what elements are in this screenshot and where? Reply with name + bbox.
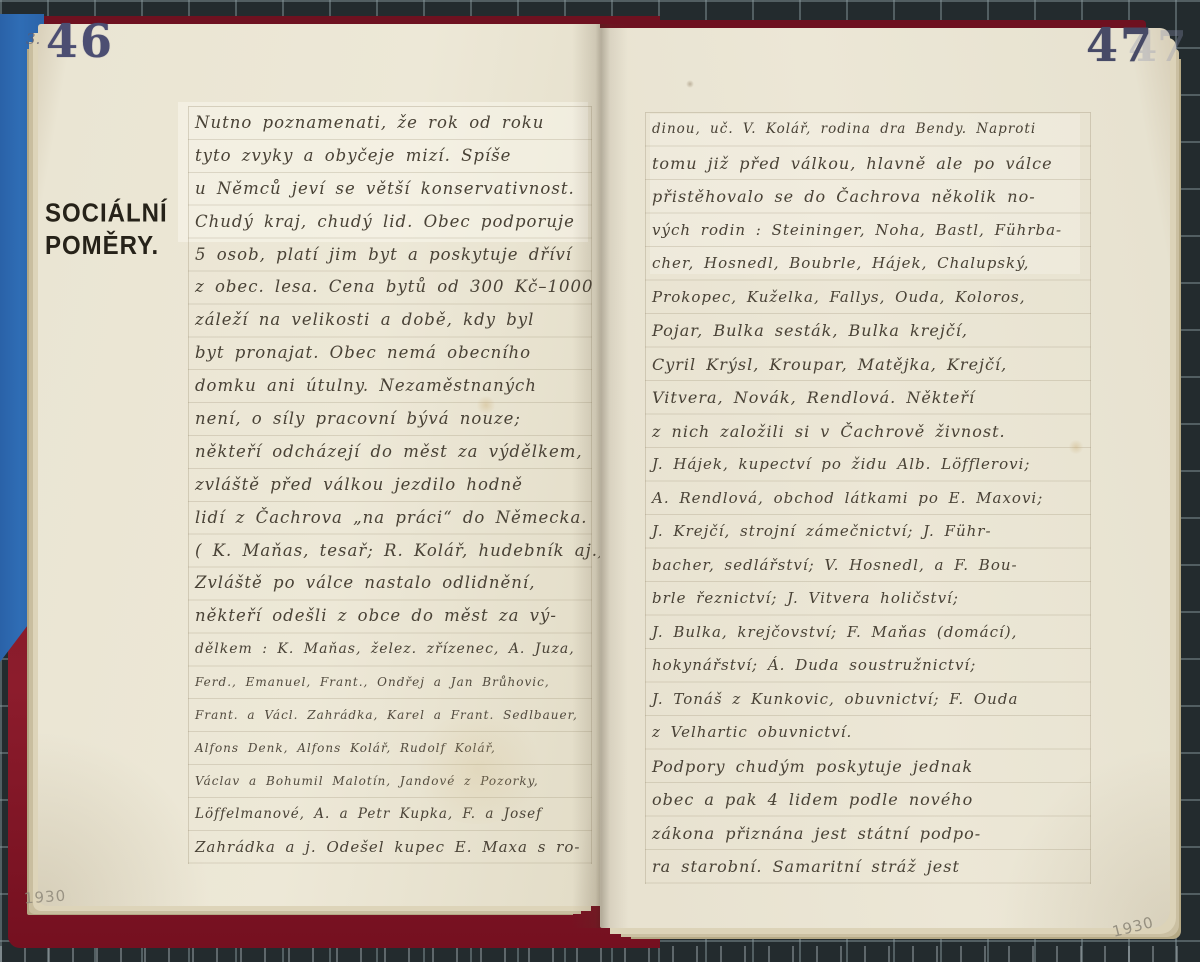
handwritten-line: ra starobní. Samaritní stráž jest xyxy=(646,850,1090,884)
handwritten-line: hokynářství; Á. Duda soustružnictví; xyxy=(646,649,1090,683)
handwritten-line: přistěhovalo se do Čachrova několik no- xyxy=(646,180,1090,214)
handwritten-line: Frant. a Václ. Zahrádka, Karel a Frant. … xyxy=(189,699,591,732)
handwritten-line: byt pronajat. Obec nemá obecního xyxy=(189,337,591,370)
margin-heading-line2: POMĚRY. xyxy=(45,230,168,262)
handwritten-line: lidí z Čachrova „na práci“ do Německa. xyxy=(189,502,591,535)
handwritten-line: Chudý kraj, chudý lid. Obec podporuje xyxy=(189,206,591,239)
handwritten-line: J. Tonáš z Kunkovic, obuvnictví; F. Ouda xyxy=(646,683,1090,717)
year-stamp-left: 1930 xyxy=(23,887,66,908)
handwritten-line: Vitvera, Novák, Rendlová. Někteří xyxy=(646,381,1090,415)
year-stamp-right: 1930 xyxy=(1110,913,1155,941)
handwritten-line: obec a pak 4 lidem podle nového xyxy=(646,783,1090,817)
handwritten-line: Ferd., Emanuel, Frant., Ondřej a Jan Brů… xyxy=(189,666,591,699)
handwritten-line: Podpory chudým poskytuje jednak xyxy=(646,750,1090,784)
handwritten-line: někteří odcházejí do měst za výdělkem, xyxy=(189,436,591,469)
handwritten-line: Prokopec, Kuželka, Fallys, Ouda, Koloros… xyxy=(646,281,1090,315)
handwritten-line: 5 osob, platí jim byt a poskytuje dříví xyxy=(189,239,591,272)
handwritten-line: Cyril Krýsl, Kroupar, Matějka, Krejčí, xyxy=(646,348,1090,382)
handwritten-line: Václav a Bohumil Malotín, Jandové z Pozo… xyxy=(189,765,591,798)
handwritten-line: z obec. lesa. Cena bytů od 300 Kč–1000 K… xyxy=(189,271,591,304)
handwritten-line: u Němců jeví se větší konservativnost. xyxy=(189,173,591,206)
handwritten-line: bacher, sedlářství; V. Hosnedl, a F. Bou… xyxy=(646,549,1090,583)
handwritten-line: z nich založili si v Čachrově živnost. xyxy=(646,415,1090,449)
handwritten-line: záleží na velikosti a době, kdy byl xyxy=(189,304,591,337)
underlying-page-fragment: 3. xyxy=(26,30,40,48)
handwritten-text-block-right: dinou, uč. V. Kolář, rodina dra Bendy. N… xyxy=(645,112,1091,884)
margin-heading-social-conditions: SOCIÁLNÍ POMĚRY. xyxy=(45,198,168,263)
handwritten-line: vých rodin : Steininger, Noha, Bastl, Fü… xyxy=(646,214,1090,248)
handwritten-line: brle řeznictví; J. Vitvera holičství; xyxy=(646,582,1090,616)
handwritten-line: Nutno poznamenati, že rok od roku xyxy=(189,107,591,140)
handwritten-line: zákona přiznána jest státní podpo- xyxy=(646,817,1090,851)
handwritten-line: dinou, uč. V. Kolář, rodina dra Bendy. N… xyxy=(646,113,1090,147)
page-47: 47 47 dinou, uč. V. Kolář, rodina dra Be… xyxy=(600,28,1170,928)
page-46: 46 SOCIÁLNÍ POMĚRY. Nutno poznamenati, ž… xyxy=(38,24,600,906)
handwritten-line: domku ani útulny. Nezaměstnaných xyxy=(189,370,591,403)
handwritten-line: A. Rendlová, obchod látkami po E. Maxovi… xyxy=(646,482,1090,516)
handwritten-line: Alfons Denk, Alfons Kolář, Rudolf Kolář, xyxy=(189,732,591,765)
handwritten-line: zvláště před válkou jezdilo hodně xyxy=(189,469,591,502)
handwritten-line: není, o síly pracovní bývá nouze; xyxy=(189,403,591,436)
handwritten-line: tyto zvyky a obyčeje mizí. Spíše xyxy=(189,140,591,173)
page-number-46: 46 xyxy=(46,18,114,64)
handwritten-line: ( K. Maňas, tesař; R. Kolář, hudebník aj… xyxy=(189,535,591,568)
handwritten-line: cher, Hosnedl, Boubrle, Hájek, Chalupský… xyxy=(646,247,1090,281)
handwritten-line: tomu již před válkou, hlavně ale po válc… xyxy=(646,147,1090,181)
handwritten-line: J. Hájek, kupectví po židu Alb. Löfflero… xyxy=(646,448,1090,482)
handwritten-line: Zahrádka a j. Odešel kupec E. Maxa s ro- xyxy=(189,831,591,864)
handwritten-line: z Velhartic obuvnictví. xyxy=(646,716,1090,750)
handwritten-line: Löffelmanové, A. a Petr Kupka, F. a Jose… xyxy=(189,798,591,831)
page-number-47: 47 xyxy=(1086,22,1154,68)
handwritten-text-block-left: Nutno poznamenati, že rok od rokutyto zv… xyxy=(188,106,592,864)
scanner-mat-ruler xyxy=(0,946,1200,962)
handwritten-line: J. Bulka, krejčovství; F. Maňas (domácí)… xyxy=(646,616,1090,650)
handwritten-line: dělkem : K. Maňas, želez. zřízenec, A. J… xyxy=(189,633,591,666)
margin-heading-line1: SOCIÁLNÍ xyxy=(45,198,168,230)
scanned-chronicle-photo: 3. 46 SOCIÁLNÍ POMĚRY. Nutno poznamenati… xyxy=(0,0,1200,962)
handwritten-line: Zvláště po válce nastalo odlidnění, xyxy=(189,567,591,600)
handwritten-line: někteří odešli z obce do měst za vý- xyxy=(189,600,591,633)
paper-stain xyxy=(686,80,694,88)
handwritten-line: J. Krejčí, strojní zámečnictví; J. Führ- xyxy=(646,515,1090,549)
handwritten-line: Pojar, Bulka sesták, Bulka krejčí, xyxy=(646,314,1090,348)
